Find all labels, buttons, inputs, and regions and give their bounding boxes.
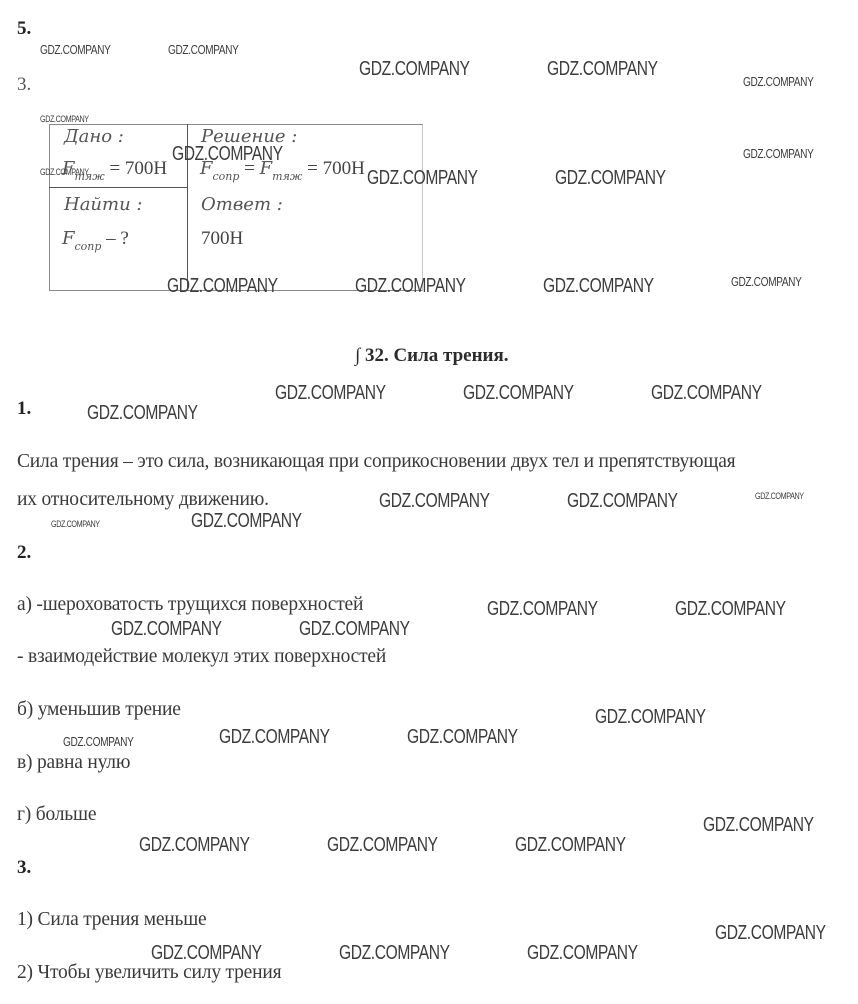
- watermark: GDZ.COMPANY: [359, 58, 470, 81]
- answer-label: Ответ :: [201, 194, 283, 215]
- watermark: GDZ.COMPANY: [139, 834, 250, 857]
- watermark: GDZ.COMPANY: [743, 74, 813, 89]
- watermark: GDZ.COMPANY: [299, 618, 410, 641]
- question-3-number: 3.: [17, 857, 31, 879]
- watermark: GDZ.COMPANY: [51, 519, 100, 529]
- question-2-answer-a1: а) -шероховатость трущихся поверхностей: [17, 594, 363, 616]
- watermark: GDZ.COMPANY: [755, 491, 804, 501]
- watermark: GDZ.COMPANY: [379, 490, 490, 513]
- watermark: GDZ.COMPANY: [367, 167, 478, 190]
- watermark: GDZ.COMPANY: [703, 814, 814, 837]
- question-1-number: 1.: [17, 398, 31, 420]
- watermark: GDZ.COMPANY: [595, 706, 706, 729]
- question-2-number: 2.: [17, 542, 31, 564]
- table-horizontal-divider: [49, 187, 188, 188]
- watermark: GDZ.COMPANY: [567, 490, 678, 513]
- watermark: GDZ.COMPANY: [355, 275, 466, 298]
- watermark: GDZ.COMPANY: [555, 167, 666, 190]
- sub-task-number: 3.: [17, 74, 31, 96]
- watermark: GDZ.COMPANY: [40, 167, 89, 177]
- watermark: GDZ.COMPANY: [40, 42, 110, 57]
- watermark: GDZ.COMPANY: [172, 143, 283, 166]
- watermark: GDZ.COMPANY: [111, 618, 222, 641]
- watermark: GDZ.COMPANY: [339, 942, 450, 965]
- watermark: GDZ.COMPANY: [527, 942, 638, 965]
- question-3-item-1: 1) Сила трения меньше: [17, 909, 207, 931]
- watermark: GDZ.COMPANY: [191, 510, 302, 533]
- watermark: GDZ.COMPANY: [167, 275, 278, 298]
- watermark: GDZ.COMPANY: [63, 734, 133, 749]
- watermark: GDZ.COMPANY: [651, 382, 762, 405]
- watermark: GDZ.COMPANY: [515, 834, 626, 857]
- watermark: GDZ.COMPANY: [168, 42, 238, 57]
- watermark: GDZ.COMPANY: [487, 598, 598, 621]
- question-2-answer-c: в) равна нулю: [17, 752, 130, 774]
- question-1-answer-line-1: Сила трения – это сила, возникающая при …: [17, 451, 735, 473]
- watermark: GDZ.COMPANY: [151, 942, 262, 965]
- watermark: GDZ.COMPANY: [40, 114, 89, 124]
- watermark: GDZ.COMPANY: [463, 382, 574, 405]
- section-title: ∫ 32. Сила трения.: [355, 345, 509, 367]
- watermark: GDZ.COMPANY: [219, 726, 330, 749]
- watermark: GDZ.COMPANY: [731, 274, 801, 289]
- watermark: GDZ.COMPANY: [547, 58, 658, 81]
- task-number: 5.: [17, 18, 31, 40]
- watermark: GDZ.COMPANY: [743, 146, 813, 161]
- watermark: GDZ.COMPANY: [87, 402, 198, 425]
- watermark: GDZ.COMPANY: [675, 598, 786, 621]
- question-2-answer-d: г) больше: [17, 804, 96, 826]
- find-value: Fсопр – ?: [62, 228, 129, 253]
- watermark: GDZ.COMPANY: [543, 275, 654, 298]
- answer-value: 700H: [201, 228, 243, 250]
- watermark: GDZ.COMPANY: [715, 922, 826, 945]
- watermark: GDZ.COMPANY: [275, 382, 386, 405]
- question-2-answer-b: б) уменьшив трение: [17, 699, 181, 721]
- question-3-item-2: 2) Чтобы увеличить силу трения: [17, 962, 281, 984]
- question-1-answer-line-2: их относительному движению.: [17, 489, 269, 511]
- given-label: Дано :: [64, 126, 124, 147]
- find-label: Найти :: [64, 194, 142, 215]
- watermark: GDZ.COMPANY: [407, 726, 518, 749]
- question-2-answer-a2: - взаимодействие молекул этих поверхност…: [17, 646, 386, 668]
- watermark: GDZ.COMPANY: [327, 834, 438, 857]
